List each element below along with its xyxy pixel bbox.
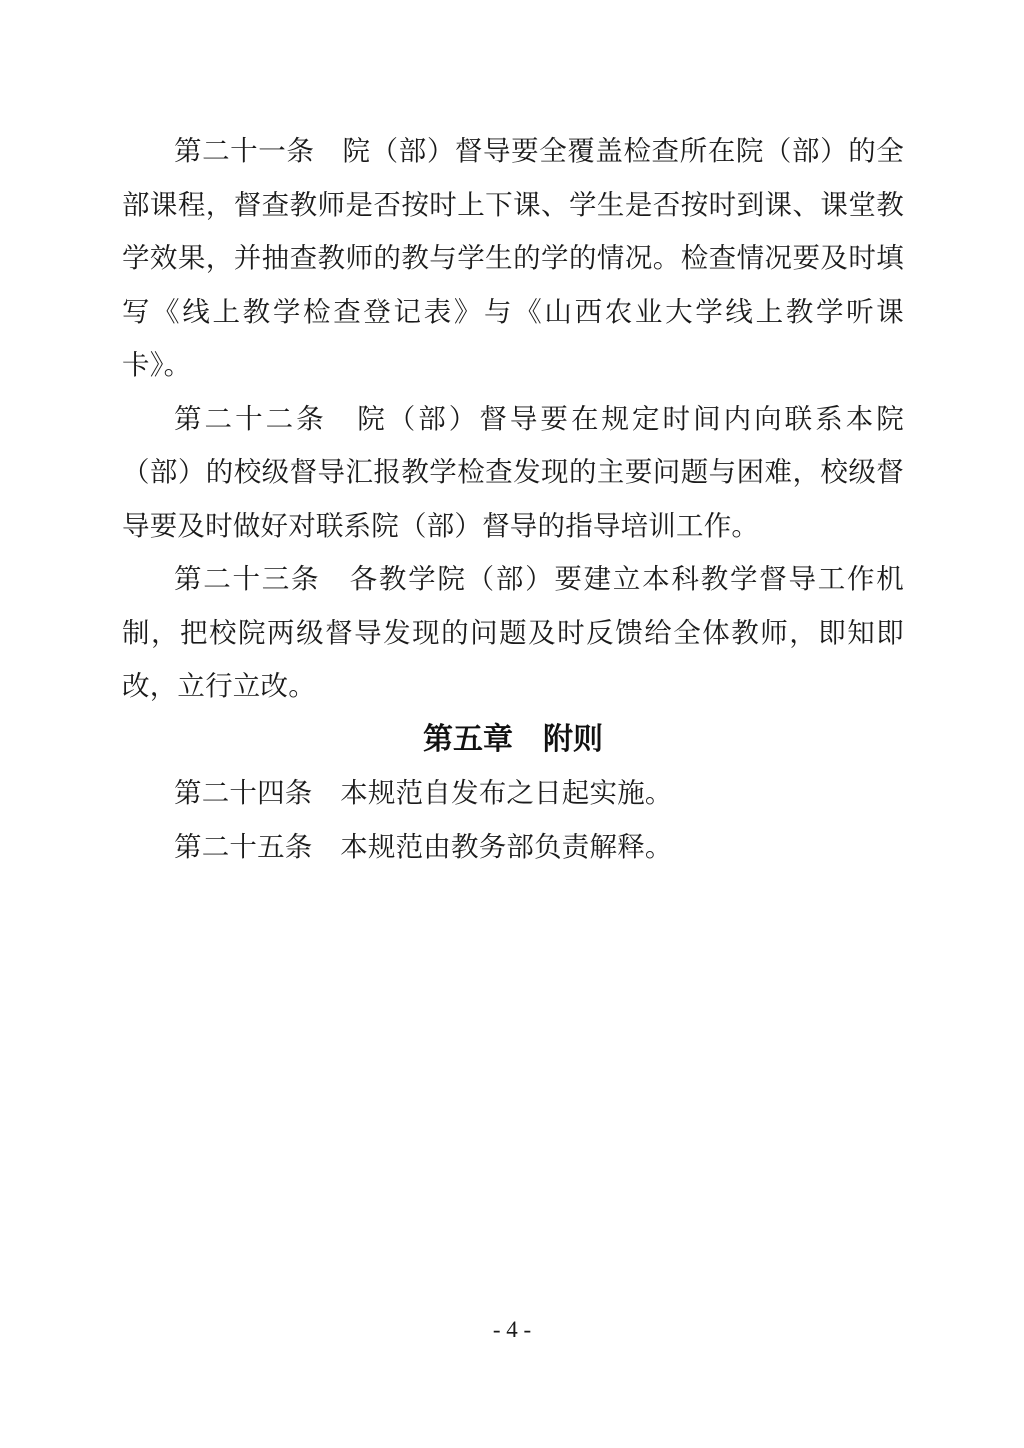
- article-22-paragraph: 第二十二条 院（部）督导要在规定时间内向联系本院（部）的校级督导汇报教学检查发现…: [122, 392, 904, 553]
- article-24-paragraph: 第二十四条 本规范自发布之日起实施。: [122, 766, 904, 820]
- article-23-paragraph: 第二十三条 各教学院（部）要建立本科教学督导工作机制，把校院两级督导发现的问题及…: [122, 552, 904, 713]
- document-body: 第二十一条 院（部）督导要全覆盖检查所在院（部）的全部课程，督查教师是否按时上下…: [122, 124, 904, 873]
- article-21-paragraph: 第二十一条 院（部）督导要全覆盖检查所在院（部）的全部课程，督查教师是否按时上下…: [122, 124, 904, 392]
- document-page: 第二十一条 院（部）督导要全覆盖检查所在院（部）的全部课程，督查教师是否按时上下…: [0, 0, 1024, 1448]
- article-25-paragraph: 第二十五条 本规范由教务部负责解释。: [122, 820, 904, 874]
- page-number: - 4 -: [0, 1315, 1024, 1345]
- chapter-5-heading: 第五章 附则: [122, 713, 904, 767]
